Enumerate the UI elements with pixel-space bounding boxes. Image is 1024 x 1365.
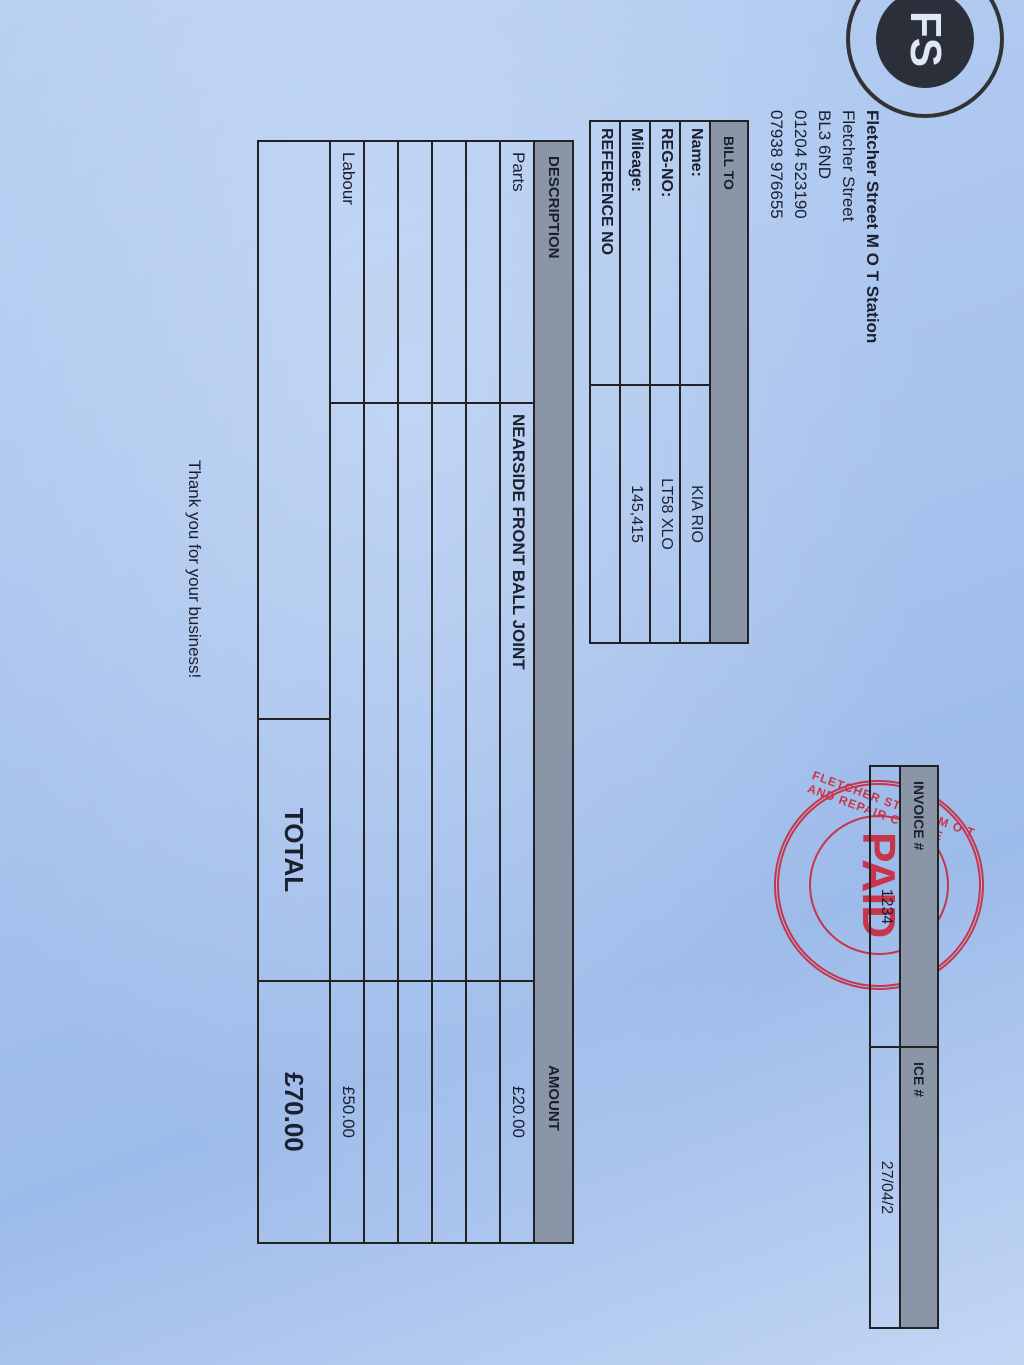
invoice-info-table: INVOICE # ICE # 1234 27/04/2 — [869, 765, 939, 1329]
total-label: TOTAL — [259, 718, 329, 980]
blank-row — [433, 142, 467, 1242]
bill-value: LT58 XLO — [651, 386, 679, 642]
item-amount: £20.00 — [501, 980, 533, 1242]
business-name: Fletcher Street M O T Station — [860, 110, 884, 343]
blank-row — [365, 142, 399, 1242]
bill-row: Name: KIA RIO — [681, 122, 711, 642]
item-description: NEARSIDE FRONT BALL JOINT — [501, 404, 533, 980]
bill-label: REG-NO: — [651, 122, 679, 386]
phone: 07938 976655 — [764, 110, 788, 343]
phone: 01204 523190 — [788, 110, 812, 343]
bill-label: Mileage: — [621, 122, 649, 386]
bill-label: REFERENCE NO — [591, 122, 619, 386]
invoice-number: 1234 — [871, 767, 899, 1046]
blank-row — [399, 142, 433, 1242]
item-description — [331, 404, 363, 980]
blank-row — [467, 142, 501, 1242]
address-line: BL3 6ND — [812, 110, 836, 343]
line-item: Labour £50.00 — [331, 142, 365, 1242]
bill-label: Name: — [681, 122, 709, 386]
bill-value: KIA RIO — [681, 386, 709, 642]
logo-monogram: FS — [876, 0, 974, 88]
bill-row: Mileage: 145,415 — [621, 122, 651, 642]
line-item: Parts NEARSIDE FRONT BALL JOINT £20.00 — [501, 142, 535, 1242]
total-row: TOTAL £70.00 — [259, 142, 331, 1242]
item-category: Parts — [501, 142, 533, 404]
bill-to-table: BILL TO Name: KIA RIO REG-NO: LT58 XLO M… — [589, 120, 749, 644]
business-address: Fletcher Street M O T Station Fletcher S… — [764, 110, 884, 343]
bill-to-header: BILL TO — [711, 122, 747, 642]
second-header: ICE # — [901, 1046, 937, 1327]
bill-row: REFERENCE NO — [591, 122, 621, 642]
invoice-sheet: FS Fletcher Street M O T Station Fletche… — [0, 0, 1024, 1365]
amount-header: AMOUNT — [535, 954, 572, 1242]
line-items-table: DESCRIPTION AMOUNT Parts NEARSIDE FRONT … — [257, 140, 574, 1244]
item-amount: £50.00 — [331, 980, 363, 1242]
invoice-number-header: INVOICE # — [901, 767, 937, 1046]
bill-value: 145,415 — [621, 386, 649, 642]
address-line: Fletcher Street — [836, 110, 860, 343]
total-amount: £70.00 — [259, 980, 329, 1242]
bill-row: REG-NO: LT58 XLO — [651, 122, 681, 642]
bill-value — [591, 386, 619, 642]
description-header: DESCRIPTION — [535, 142, 572, 954]
item-category: Labour — [331, 142, 363, 404]
thank-you-note: Thank you for your business! — [184, 460, 204, 678]
invoice-date: 27/04/2 — [871, 1046, 899, 1327]
